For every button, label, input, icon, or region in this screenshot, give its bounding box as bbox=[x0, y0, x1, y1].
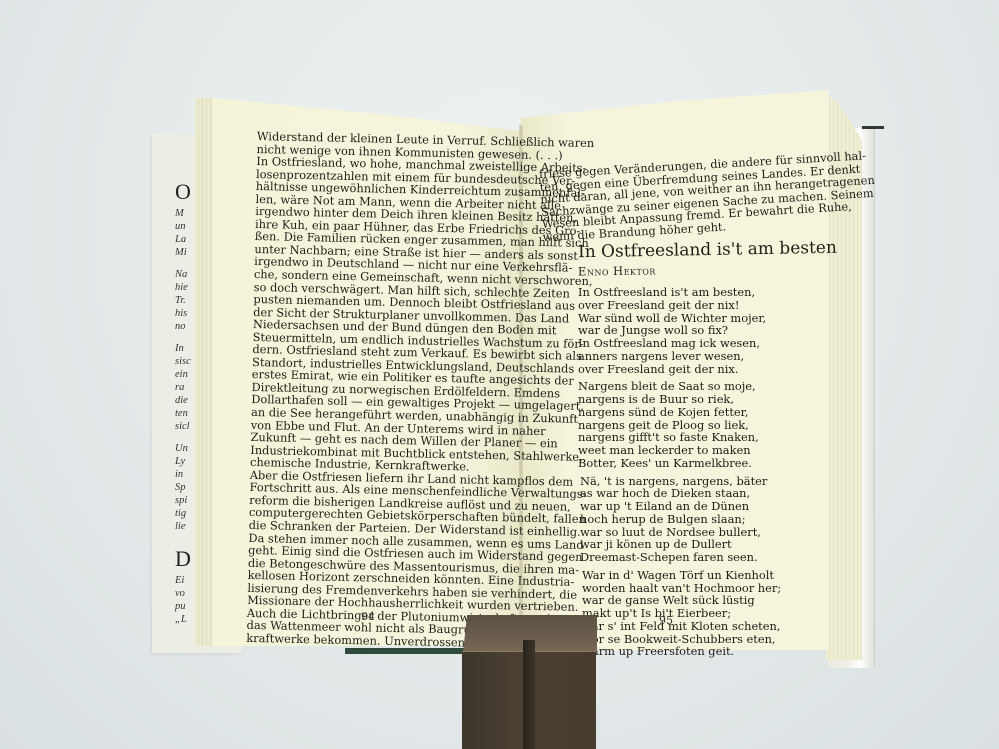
poem-verse-line: makt up't Is bi't Eierbeer; bbox=[582, 607, 781, 620]
left-page-body-text: Widerstand der kleinen Leute in Verruf. … bbox=[246, 130, 519, 650]
poem-verse-line: over Freesland geit der nix. bbox=[578, 363, 781, 376]
poem-stanza: Nargens bleit de Saat so moje,nargens is… bbox=[578, 380, 781, 469]
book-photo: OMunLaMiNahieTr.hisnoInsisceinradietensi… bbox=[0, 0, 999, 749]
poem-stanza: In Ostfreesland is't am besten,over Free… bbox=[578, 286, 781, 375]
poem-verse-line: over Freesland geit der nix! bbox=[578, 299, 781, 312]
poem-verse-line: weet man leckerder to maken bbox=[578, 444, 781, 457]
poem-verse-line: In Ostfreesland mag ick wesen, bbox=[578, 337, 781, 350]
page-number-left: 94 bbox=[361, 610, 375, 623]
poem-author: Enno Hektor bbox=[578, 263, 656, 278]
poem-verse-line: War in d' Wagen Törf un Kienholt bbox=[582, 569, 781, 582]
page-number-right: 95 bbox=[659, 614, 673, 627]
poem-verse-line: hoch herup de Bulgen slaan; bbox=[580, 513, 781, 526]
right-page-continuation-text: friese gegen Veränderungen, die andere f… bbox=[539, 153, 807, 244]
poem-verse-line: Harm up Freersfoten geit. bbox=[582, 645, 781, 658]
poem-verse-line: Dreemast-Schepen faren seen. bbox=[580, 551, 781, 564]
poem-verse-line: Botter, Kees' un Karmelkbree. bbox=[578, 457, 781, 470]
poem-verse-line: nargens sünd de Kojen fetter, bbox=[578, 406, 781, 419]
bronze-stand-slot bbox=[523, 640, 535, 749]
poem-verse-line: In Ostfreesland is't am besten, bbox=[578, 286, 781, 299]
poem-verse-line: war s' int Feld mit Kloten scheten, bbox=[582, 620, 781, 633]
poem-stanza: Nä, 't is nargens, nargens, bäteras war … bbox=[580, 475, 781, 564]
poem-verse-line: nargens is de Buur so riek, bbox=[578, 393, 781, 406]
poem-verse-line: anners nargens lever wesen, bbox=[578, 350, 781, 363]
cover-top-edge bbox=[862, 126, 884, 129]
poem-stanza: War in d' Wagen Törf un Kienholtworden h… bbox=[582, 569, 781, 658]
poem-verse-line: war up 't Eiland an de Dünen bbox=[580, 500, 781, 513]
poem-body: In Ostfreesland is't am besten,over Free… bbox=[578, 286, 781, 663]
